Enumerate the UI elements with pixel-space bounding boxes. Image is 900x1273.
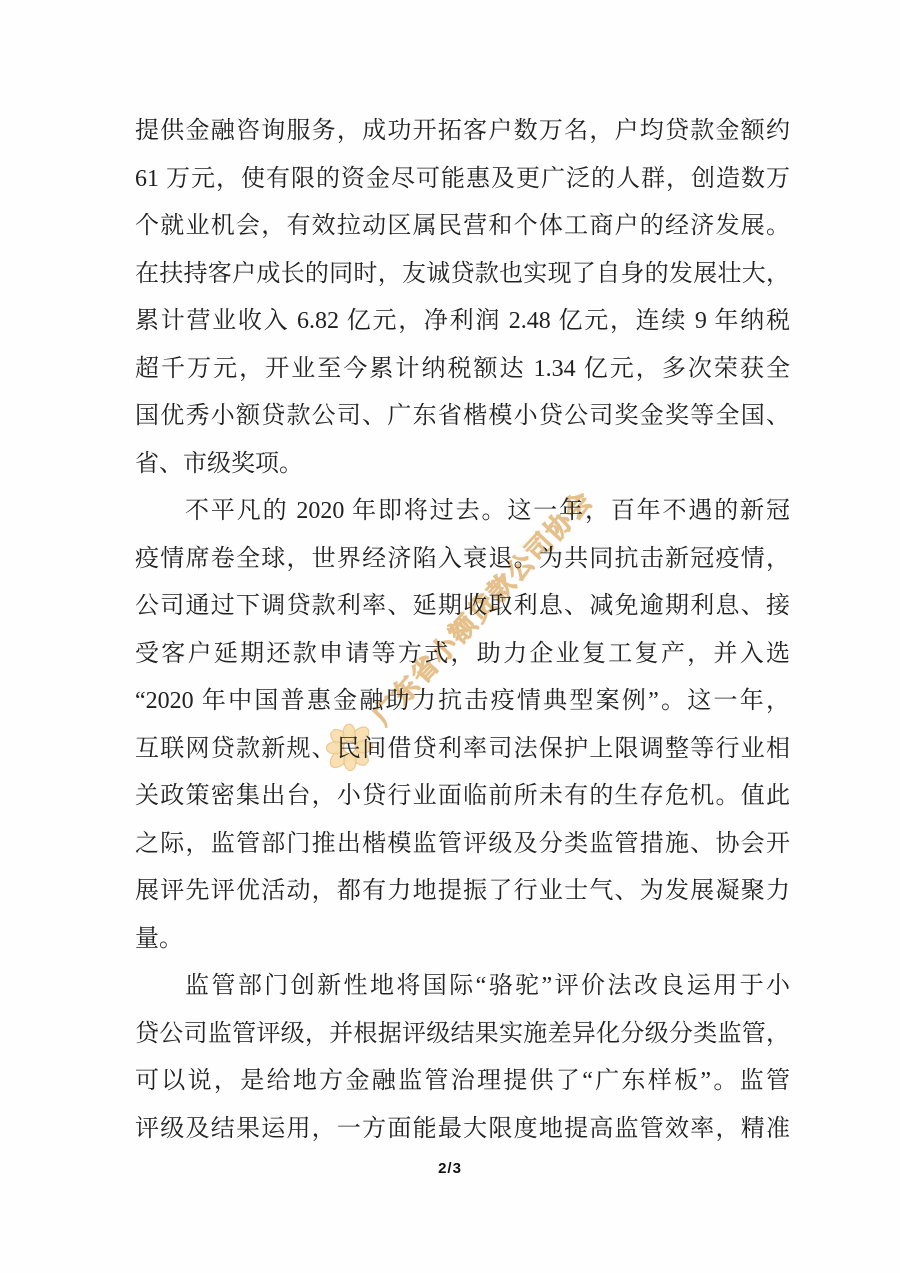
text-line: 不平凡的 2020 年即将过去。这一年，百年不遇的新冠: [135, 488, 790, 536]
text-line: 之际，监管部门推出楷模监管评级及分类监管措施、协会开: [135, 821, 790, 869]
document-page: 广东省小额贷款公司协会 提供金融咨询服务，成功开拓客户数万名，户均贷款金额约 6…: [0, 0, 900, 1273]
text-line: 提供金融咨询服务，成功开拓客户数万名，户均贷款金额约: [135, 108, 790, 156]
text-line: 可以说，是给地方金融监管治理提供了“广东样板”。监管: [135, 1058, 790, 1106]
text-line: 超千万元，开业至今累计纳税额达 1.34 亿元，多次荣获全: [135, 346, 790, 394]
text-line: 受客户延期还款申请等方式，助力企业复工复产，并入选: [135, 631, 790, 679]
text-line: 关政策密集出台，小贷行业面临前所未有的生存危机。值此: [135, 773, 790, 821]
text-line: 个就业机会，有效拉动区属民营和个体工商户的经济发展。: [135, 203, 790, 251]
text-line: “2020 年中国普惠金融助力抗击疫情典型案例”。这一年，: [135, 678, 790, 726]
text-line: 展评先评优活动，都有力地提振了行业士气、为发展凝聚力: [135, 868, 790, 916]
text-line: 公司通过下调贷款利率、延期收取利息、减免逾期利息、接: [135, 583, 790, 631]
text-line: 监管部门创新性地将国际“骆驼”评价法改良运用于小: [135, 963, 790, 1011]
text-line: 国优秀小额贷款公司、广东省楷模小贷公司奖金奖等全国、: [135, 393, 790, 441]
text-line: 疫情席卷全球，世界经济陷入衰退。为共同抗击新冠疫情，: [135, 536, 790, 584]
text-line: 在扶持客户成长的同时，友诚贷款也实现了自身的发展壮大，: [135, 251, 790, 299]
text-line: 贷公司监管评级，并根据评级结果实施差异化分级分类监管，: [135, 1011, 790, 1059]
text-line: 累计营业收入 6.82 亿元，净利润 2.48 亿元，连续 9 年纳税: [135, 298, 790, 346]
text-line: 省、市级奖项。: [135, 441, 790, 489]
page-number: 2/3: [0, 1160, 900, 1177]
document-body: 提供金融咨询服务，成功开拓客户数万名，户均贷款金额约 61 万元，使有限的资金尽…: [135, 108, 790, 1153]
text-line: 互联网贷款新规、民间借贷利率司法保护上限调整等行业相: [135, 726, 790, 774]
text-line: 61 万元，使有限的资金尽可能惠及更广泛的人群，创造数万: [135, 156, 790, 204]
text-line: 量。: [135, 916, 790, 964]
text-line: 评级及结果运用，一方面能最大限度地提高监管效率，精准: [135, 1106, 790, 1154]
